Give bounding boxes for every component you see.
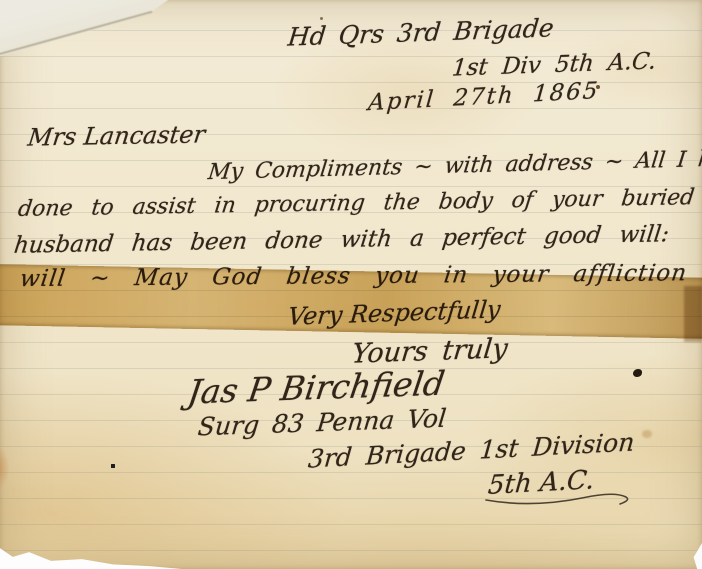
signature-name: Jas P Birchfield — [186, 366, 447, 408]
paper-speck — [642, 430, 652, 438]
tape-strip-end — [684, 286, 702, 342]
salutation-line: Mrs Lancaster — [27, 122, 207, 149]
paper-speck — [320, 17, 323, 20]
scanned-letter: Hd Qrs 3rd Brigade 1st Div 5th A.C. Apri… — [0, 0, 702, 569]
paper-speck — [111, 464, 115, 468]
paper-speck — [596, 85, 600, 89]
edge-stain — [0, 448, 9, 488]
closing-line-2: Yours truly — [351, 335, 509, 368]
signature-flourish — [482, 486, 634, 510]
